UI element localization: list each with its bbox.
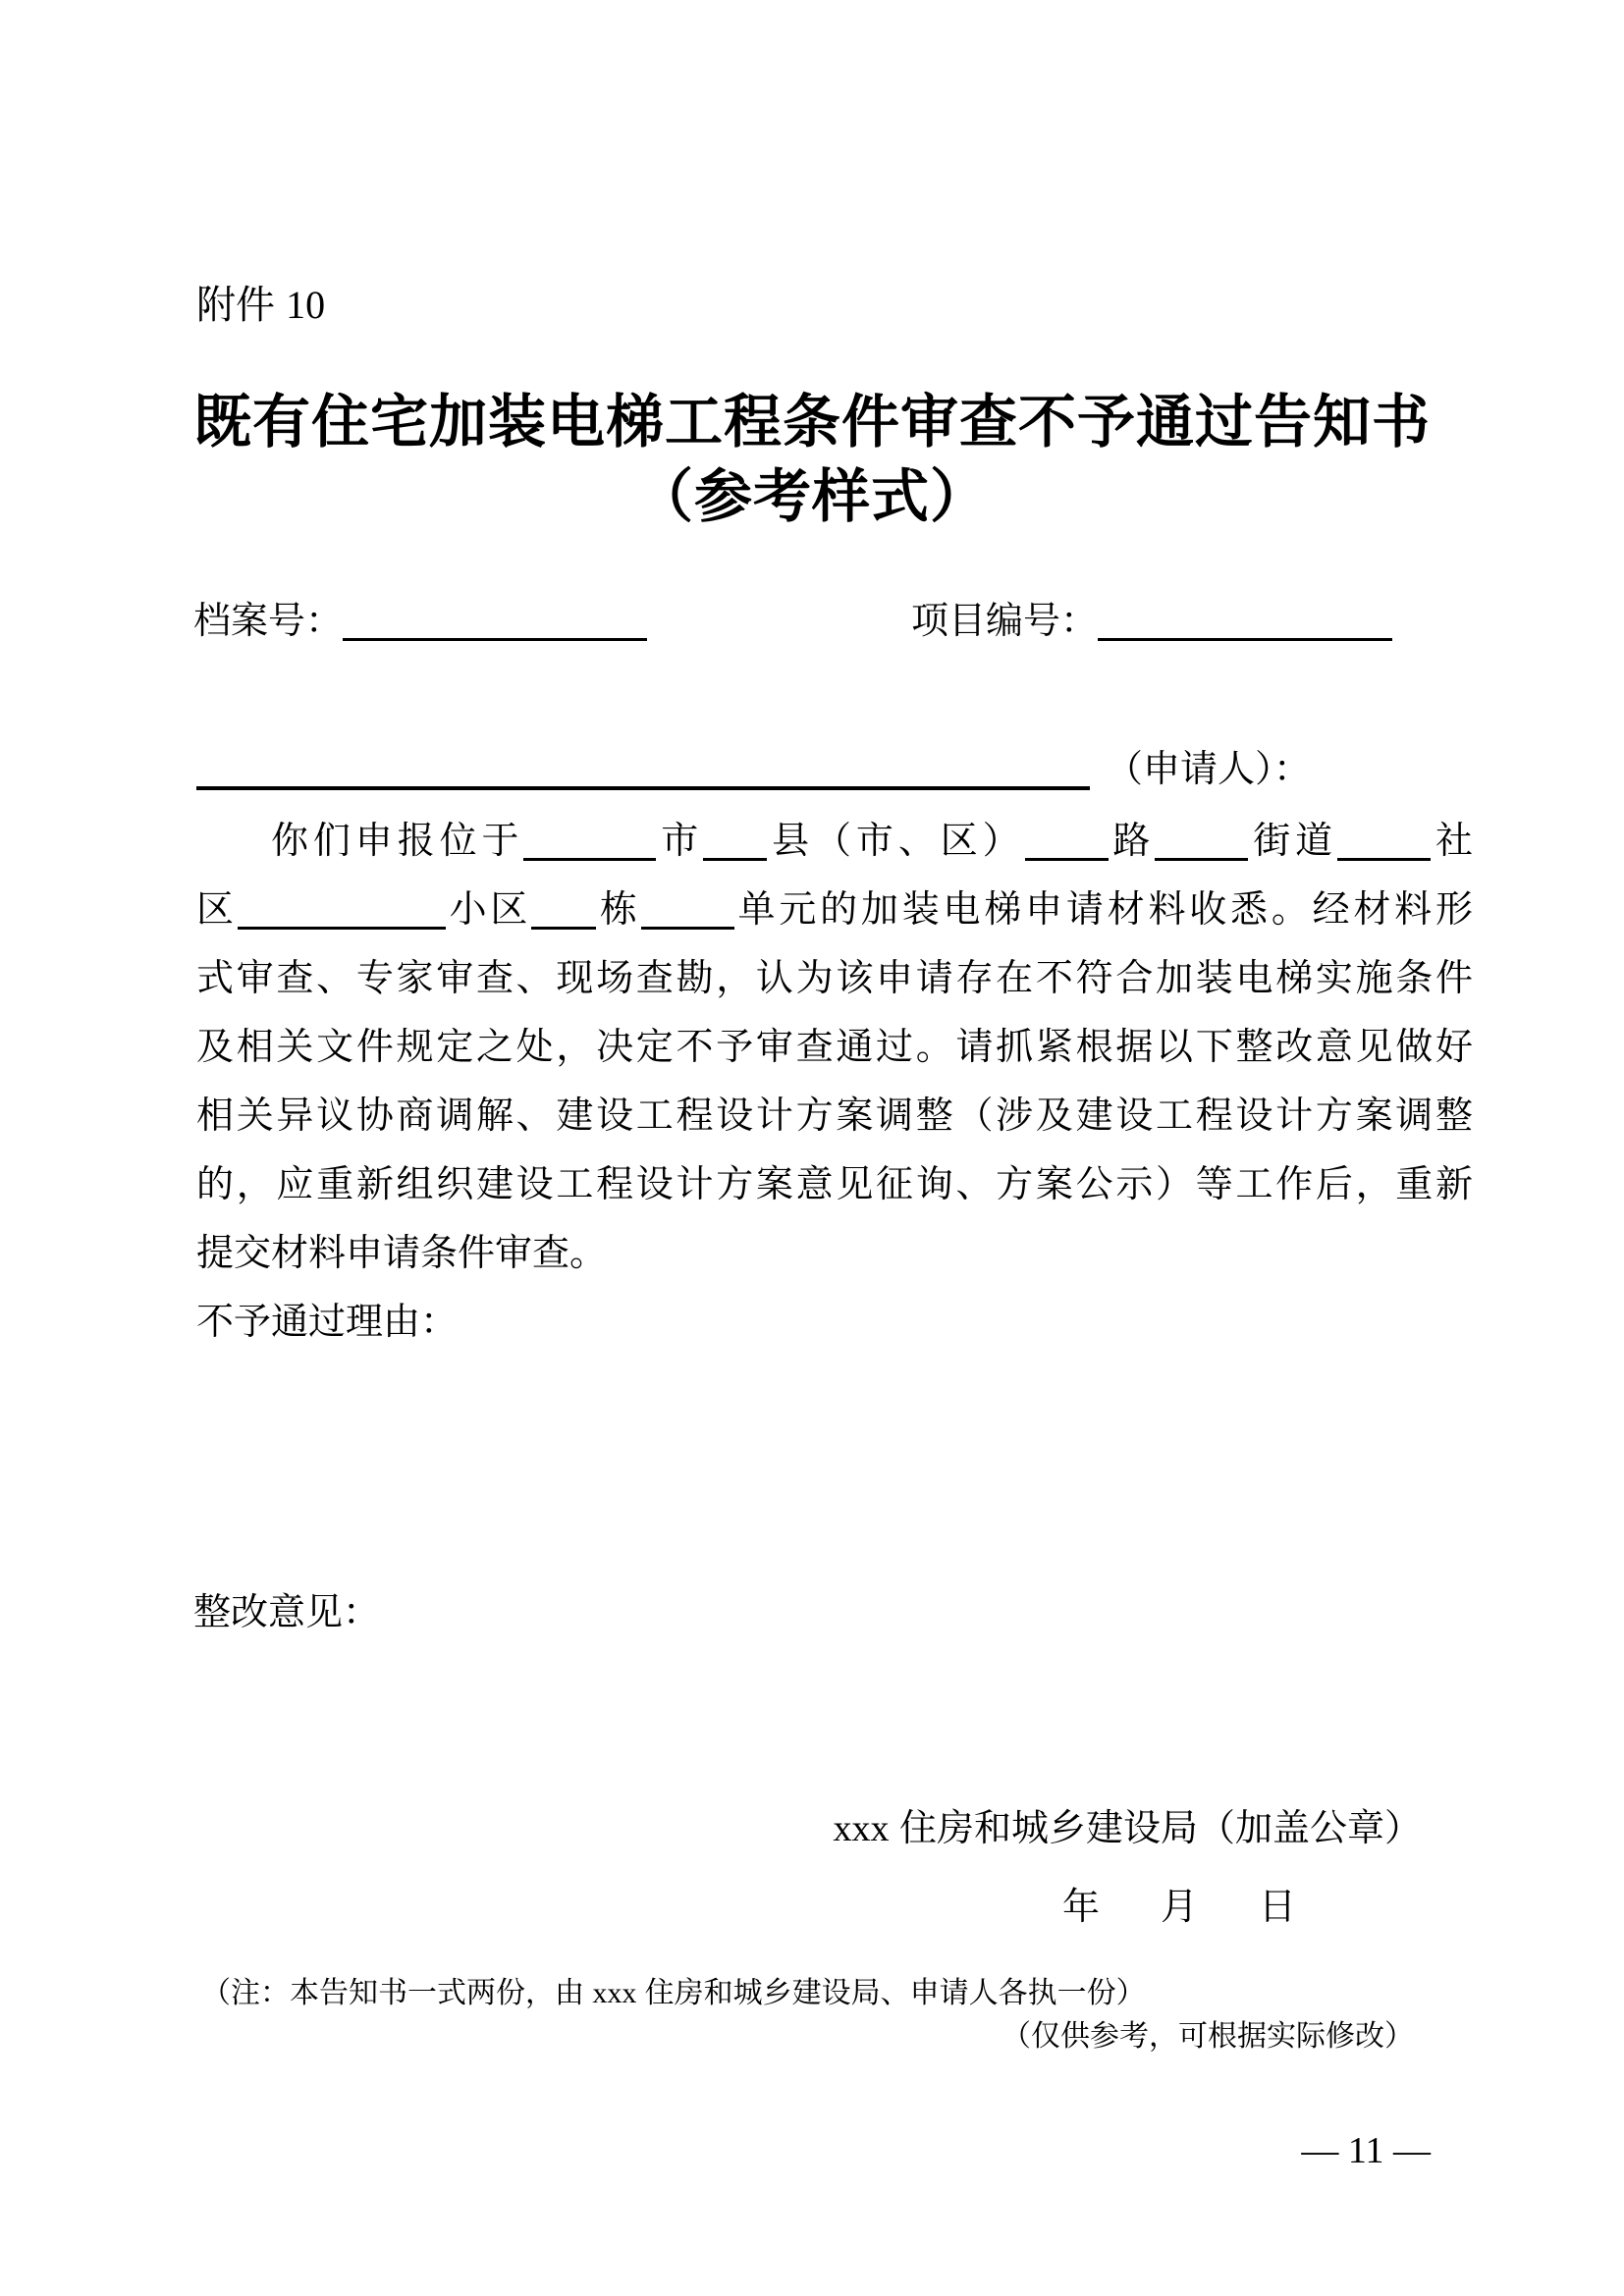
rectification-label: 整改意见： — [193, 1590, 380, 1635]
date-month-label: 月 — [1161, 1887, 1198, 1928]
page-number: — 11 — — [1301, 2128, 1431, 2173]
footer-note-reference: （仅供参考，可根据实际修改） — [1001, 2018, 1414, 2056]
road-blank-field — [1025, 857, 1109, 861]
building-blank-field — [531, 926, 596, 930]
body-paragraph: 你们申报位于市县（市、区）路街道社 区小区栋单元的加装电梯申请材料收悉。经材料形… — [196, 807, 1473, 1357]
footer-note-copies: （注：本告知书一式两份，由 xxx 住房和城乡建设局、申请人各执一份） — [201, 1975, 1146, 2012]
unit-blank-field — [641, 926, 734, 930]
document-title-line1: 既有住宅加装电梯工程条件审查不予通过告知书 — [0, 385, 1624, 459]
document-title-line2: （参考样式） — [0, 459, 1624, 534]
body-line-3: 式审查、专家审查、现场查勘，认为该申请存在不符合加装电梯实施条件 — [196, 944, 1473, 1013]
document-page: 附件 10 既有住宅加装电梯工程条件审查不予通过告知书 （参考样式） 档案号： … — [0, 0, 1624, 2296]
attachment-number: 10 — [286, 283, 325, 327]
archive-no-label: 档案号： — [193, 601, 343, 642]
applicant-row: （申请人）： — [196, 746, 1473, 793]
applicant-name-blank-field — [196, 785, 1090, 790]
city-blank-field — [523, 857, 656, 861]
body-line-2: 区小区栋单元的加装电梯申请材料收悉。经材料形 — [196, 876, 1473, 944]
community-blank-field — [1337, 857, 1431, 861]
applicant-label: （申请人）： — [1106, 749, 1311, 790]
date-year-label: 年 — [1062, 1887, 1100, 1928]
archive-no-group: 档案号： — [193, 599, 647, 644]
estate-blank-field — [238, 926, 446, 930]
signature-date: 年月日 — [1062, 1885, 1296, 1930]
signature-org: xxx 住房和城乡建设局（加盖公章） — [833, 1806, 1422, 1851]
county-blank-field — [703, 857, 767, 861]
body-line-6: 的，应重新组织建设工程设计方案意见征询、方案公示）等工作后，重新 — [196, 1150, 1473, 1219]
street-blank-field — [1155, 857, 1248, 861]
date-day-label: 日 — [1259, 1887, 1296, 1928]
signature-org-prefix: xxx — [833, 1808, 889, 1849]
attachment-heading: 附件 10 — [196, 283, 325, 328]
document-title: 既有住宅加装电梯工程条件审查不予通过告知书 （参考样式） — [0, 385, 1624, 534]
signature-org-name: 住房和城乡建设局（加盖公章） — [889, 1808, 1422, 1849]
footer-note-latin: xxx — [592, 1977, 636, 2009]
project-no-label: 项目编号： — [911, 601, 1098, 642]
attachment-label: 附件 — [196, 284, 275, 327]
project-no-group: 项目编号： — [911, 599, 1392, 644]
archive-no-blank-field — [343, 637, 647, 641]
body-line-5: 相关异议协商调解、建设工程设计方案调整（涉及建设工程设计方案调整 — [196, 1082, 1473, 1150]
body-line-7: 提交材料申请条件审查。 — [196, 1219, 1473, 1288]
body-line-4: 及相关文件规定之处，决定不予审查通过。请抓紧根据以下整改意见做好 — [196, 1013, 1473, 1082]
project-no-blank-field — [1098, 637, 1392, 641]
rejection-reason-label: 不予通过理由： — [196, 1288, 1473, 1357]
body-line-1: 你们申报位于市县（市、区）路街道社 — [196, 807, 1473, 876]
